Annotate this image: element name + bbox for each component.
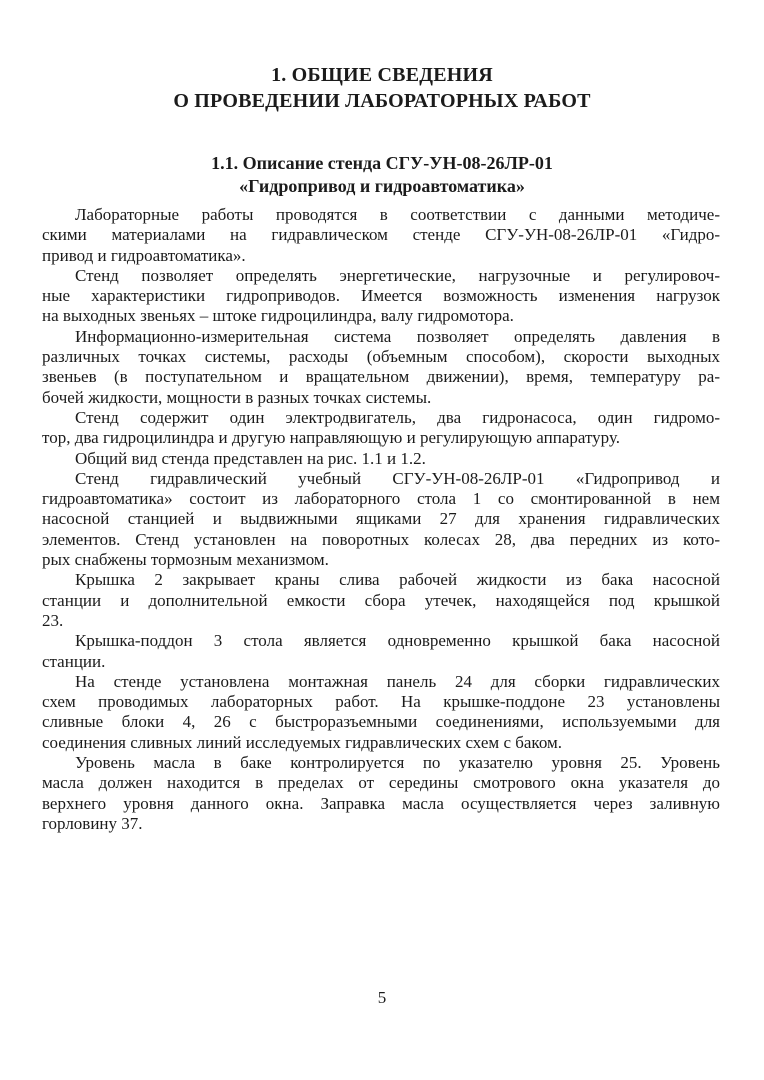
paragraph: Информационно-измерительная система позв… (42, 327, 720, 408)
paragraph: Крышка 2 закрывает краны слива рабочей ж… (42, 570, 720, 631)
paragraph: Стенд содержит один электродвигатель, дв… (42, 408, 720, 449)
text-line: Крышка-поддон 3 стола является одновреме… (42, 631, 720, 651)
paragraph: Общий вид стенда представлен на рис. 1.1… (42, 449, 720, 469)
paragraph: Крышка-поддон 3 стола является одновреме… (42, 631, 720, 672)
paragraph: Лабораторные работы проводятся в соответ… (42, 205, 720, 266)
text-line: тор, два гидроцилиндра и другую направля… (42, 428, 720, 448)
text-line: привод и гидроавтоматика». (42, 246, 720, 266)
text-line: масла должен находится в пределах от сер… (42, 773, 720, 793)
text-line: 23. (42, 611, 720, 631)
text-line: На стенде установлена монтажная панель 2… (42, 672, 720, 692)
text-line: станции. (42, 652, 720, 672)
text-line: станции и дополнительной емкости сбора у… (42, 591, 720, 611)
body-text: Лабораторные работы проводятся в соответ… (42, 205, 720, 834)
text-line: звеньев (в поступательном и вращательном… (42, 367, 720, 387)
text-line: рых снабжены тормозным механизмом. (42, 550, 720, 570)
text-line: ные характеристики гидроприводов. Имеетс… (42, 286, 720, 306)
text-line: на выходных звеньях – штоке гидроцилиндр… (42, 306, 720, 326)
chapter-title-line-2: О ПРОВЕДЕНИИ ЛАБОРАТОРНЫХ РАБОТ (0, 88, 764, 114)
text-line: схем проводимых лабораторных работ. На к… (42, 692, 720, 712)
paragraph: Стенд позволяет определять энергетически… (42, 266, 720, 327)
text-line: насосной станцией и выдвижными ящиками 2… (42, 509, 720, 529)
text-line: гидроавтоматика» состоит из лабораторног… (42, 489, 720, 509)
text-line: бочей жидкости, мощности в разных точках… (42, 388, 720, 408)
text-line: горловину 37. (42, 814, 720, 834)
section-title-line-2: «Гидропривод и гидроавтоматика» (0, 175, 764, 198)
section-title-line-1: 1.1. Описание стенда СГУ-УН-08-26ЛР-01 (0, 152, 764, 175)
paragraph: Уровень масла в баке контролируется по у… (42, 753, 720, 834)
chapter-title-line-1: 1. ОБЩИЕ СВЕДЕНИЯ (0, 62, 764, 88)
text-line: соединения сливных линий исследуемых гид… (42, 733, 720, 753)
text-line: Стенд гидравлический учебный СГУ-УН-08-2… (42, 469, 720, 489)
text-line: Крышка 2 закрывает краны слива рабочей ж… (42, 570, 720, 590)
text-line: Информационно-измерительная система позв… (42, 327, 720, 347)
page-number: 5 (0, 988, 764, 1008)
document-page: 1. ОБЩИЕ СВЕДЕНИЯ О ПРОВЕДЕНИИ ЛАБОРАТОР… (0, 0, 764, 1080)
text-line: Стенд позволяет определять энергетически… (42, 266, 720, 286)
text-line: Лабораторные работы проводятся в соответ… (42, 205, 720, 225)
text-line: сливные блоки 4, 26 с быстроразъемными с… (42, 712, 720, 732)
text-line: Стенд содержит один электродвигатель, дв… (42, 408, 720, 428)
text-line: различных точках системы, расходы (объем… (42, 347, 720, 367)
section-title: 1.1. Описание стенда СГУ-УН-08-26ЛР-01 «… (0, 152, 764, 198)
text-line: Общий вид стенда представлен на рис. 1.1… (42, 449, 720, 469)
paragraph: На стенде установлена монтажная панель 2… (42, 672, 720, 753)
text-line: Уровень масла в баке контролируется по у… (42, 753, 720, 773)
text-line: элементов. Стенд установлен на поворотны… (42, 530, 720, 550)
text-line: скими материалами на гидравлическом стен… (42, 225, 720, 245)
chapter-title: 1. ОБЩИЕ СВЕДЕНИЯ О ПРОВЕДЕНИИ ЛАБОРАТОР… (0, 62, 764, 114)
text-line: верхнего уровня данного окна. Заправка м… (42, 794, 720, 814)
paragraph: Стенд гидравлический учебный СГУ-УН-08-2… (42, 469, 720, 570)
